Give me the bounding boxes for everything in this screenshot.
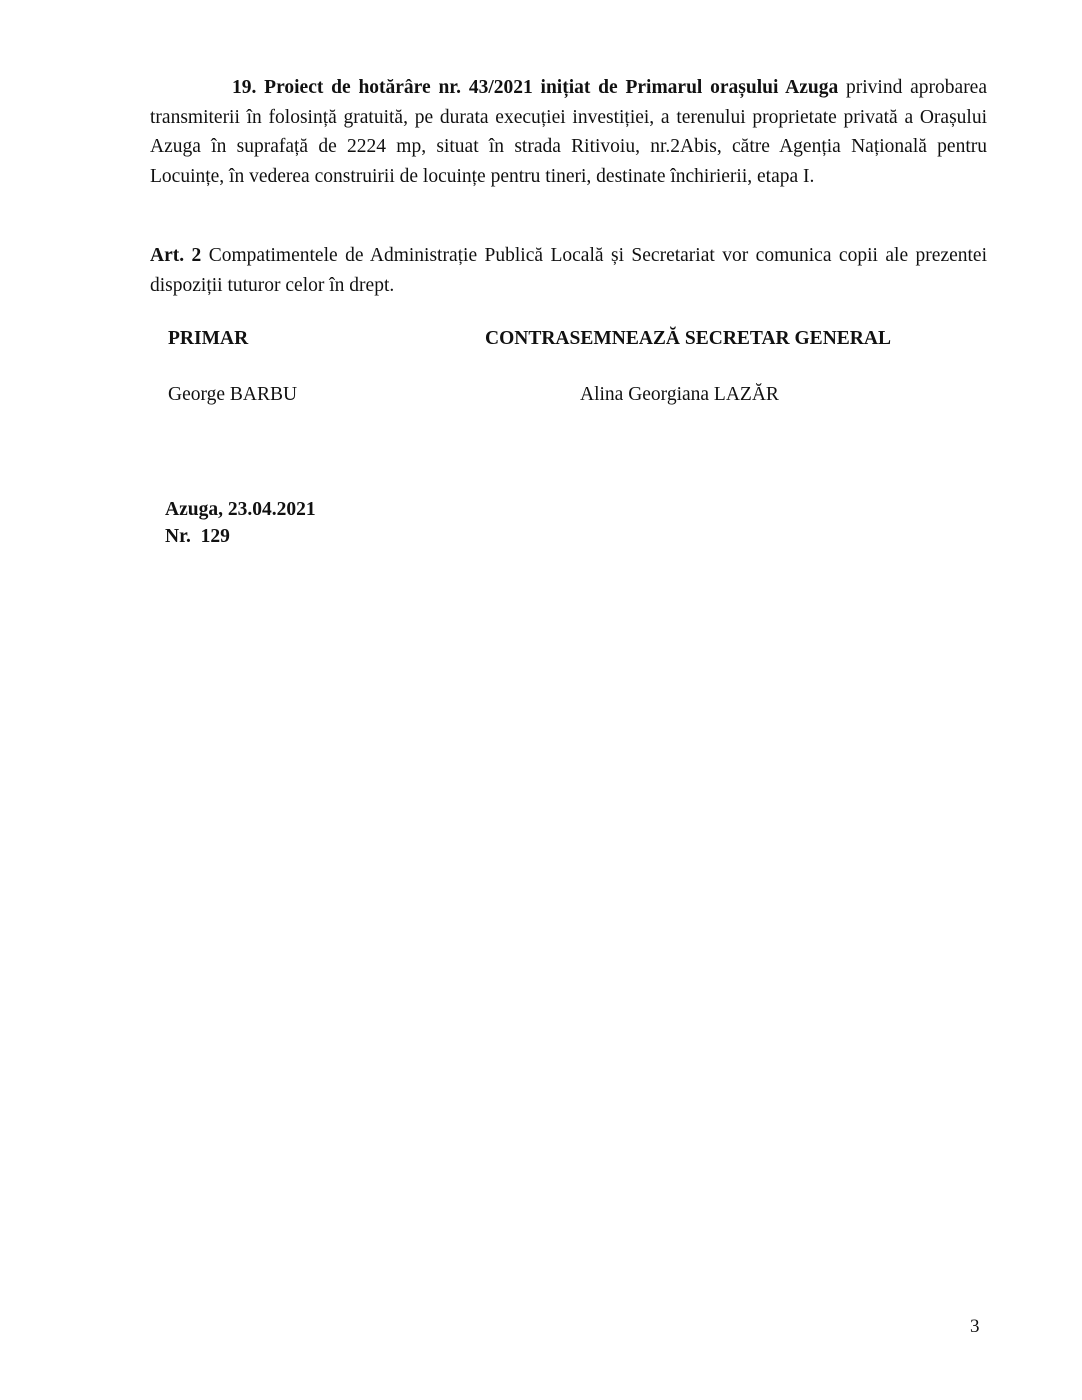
page-number: 3 [970, 1316, 980, 1338]
item-19-heading: 19. Proiect de hotărâre nr. 43/2021 iniț… [232, 77, 838, 98]
item-19-paragraph: 19. Proiect de hotărâre nr. 43/2021 iniț… [150, 73, 987, 191]
article-2-paragraph: Art. 2 Compatimentele de Administrație P… [150, 241, 987, 300]
secretary-name: Alina Georgiana LAZĂR [580, 384, 779, 406]
mayor-name: George BARBU [168, 384, 297, 406]
place-date: Azuga, 23.04.2021 [165, 496, 316, 523]
secretary-title: CONTRASEMNEAZĂ SECRETAR GENERAL [485, 328, 891, 350]
document-number: Nr. 129 [165, 523, 230, 550]
mayor-title: PRIMAR [168, 328, 248, 350]
article-2-text: Compatimentele de Administrație Publică … [150, 245, 987, 296]
article-2-heading: Art. 2 [150, 245, 201, 266]
